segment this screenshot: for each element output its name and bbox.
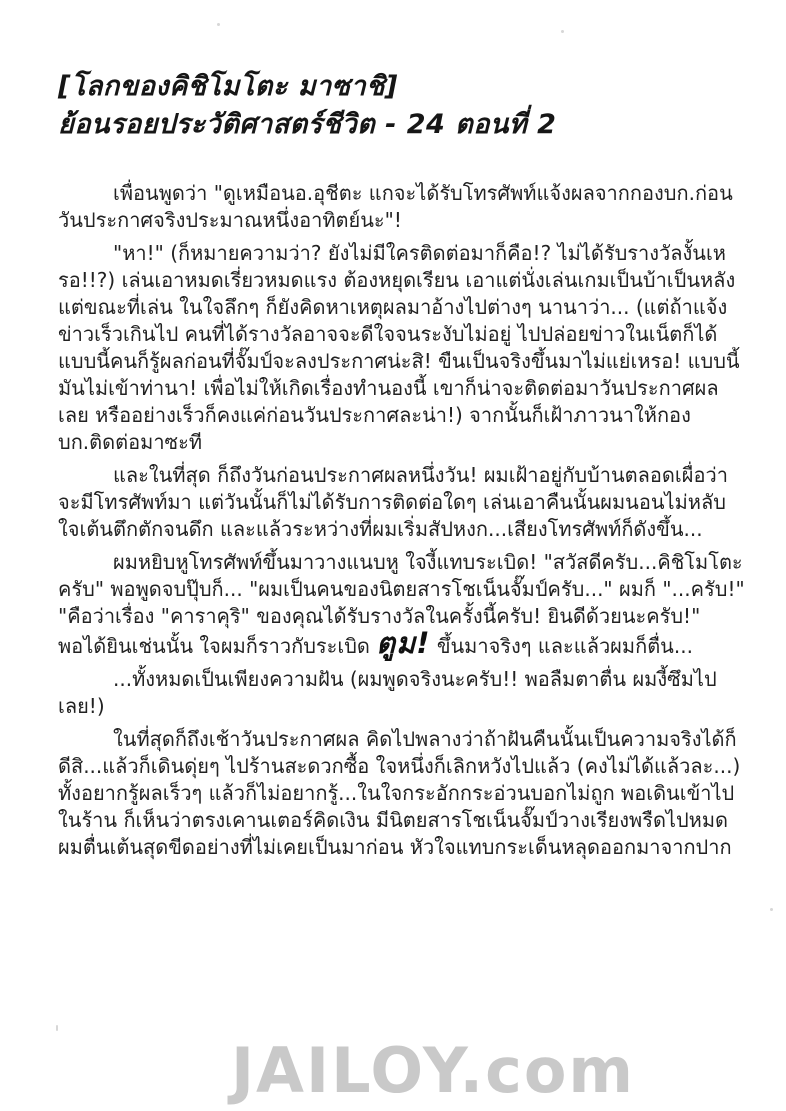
paragraph-1: เพื่อนพูดว่า "ดูเหมือนอ.อุชีตะ แกจะได้รั… [58, 180, 748, 234]
article-header: [โลกของคิชิโมโตะ มาซาชิ] ย้อนรอยประวัติศ… [58, 68, 746, 144]
article-body: เพื่อนพูดว่า "ดูเหมือนอ.อุชีตะ แกจะได้รั… [58, 180, 748, 867]
paragraph-4-text-after: ขึ้นมาจริงๆ และแล้วผมก็ตื่น... [430, 634, 692, 658]
paragraph-6: ในที่สุดก็ถึงเช้าวันประกาศผล คิดไปพลางว่… [58, 726, 748, 861]
paragraph-4: ผมหยิบหูโทรศัพท์ขึ้นมาวางแนบหู ใจงี้แทบร… [58, 549, 748, 660]
site-watermark: JAILOY.com [231, 1034, 635, 1107]
boom-emphasis-word: ตูม! [376, 626, 430, 660]
scan-speckle [561, 30, 564, 33]
scan-speckle [217, 23, 220, 26]
paragraph-3: และในที่สุด ก็ถึงวันก่อนประกาศผลหนึ่งวัน… [58, 462, 748, 543]
article-title-line2: ย้อนรอยประวัติศาสตร์ชีวิต - 24 ตอนที่ 2 [58, 106, 746, 144]
paragraph-5: ...ทั้งหมดเป็นเพียงความฝัน (ผมพูดจริงนะค… [58, 666, 748, 720]
paragraph-2: "หา!" (ก็หมายความว่า? ยังไม่มีใครติดต่อม… [58, 240, 748, 456]
scan-speckle [56, 1025, 58, 1031]
scan-speckle [770, 908, 773, 911]
scanned-document-page: [โลกของคิชิโมโตะ มาซาชิ] ย้อนรอยประวัติศ… [0, 0, 786, 1111]
article-title-line1: [โลกของคิชิโมโตะ มาซาชิ] [58, 68, 746, 106]
